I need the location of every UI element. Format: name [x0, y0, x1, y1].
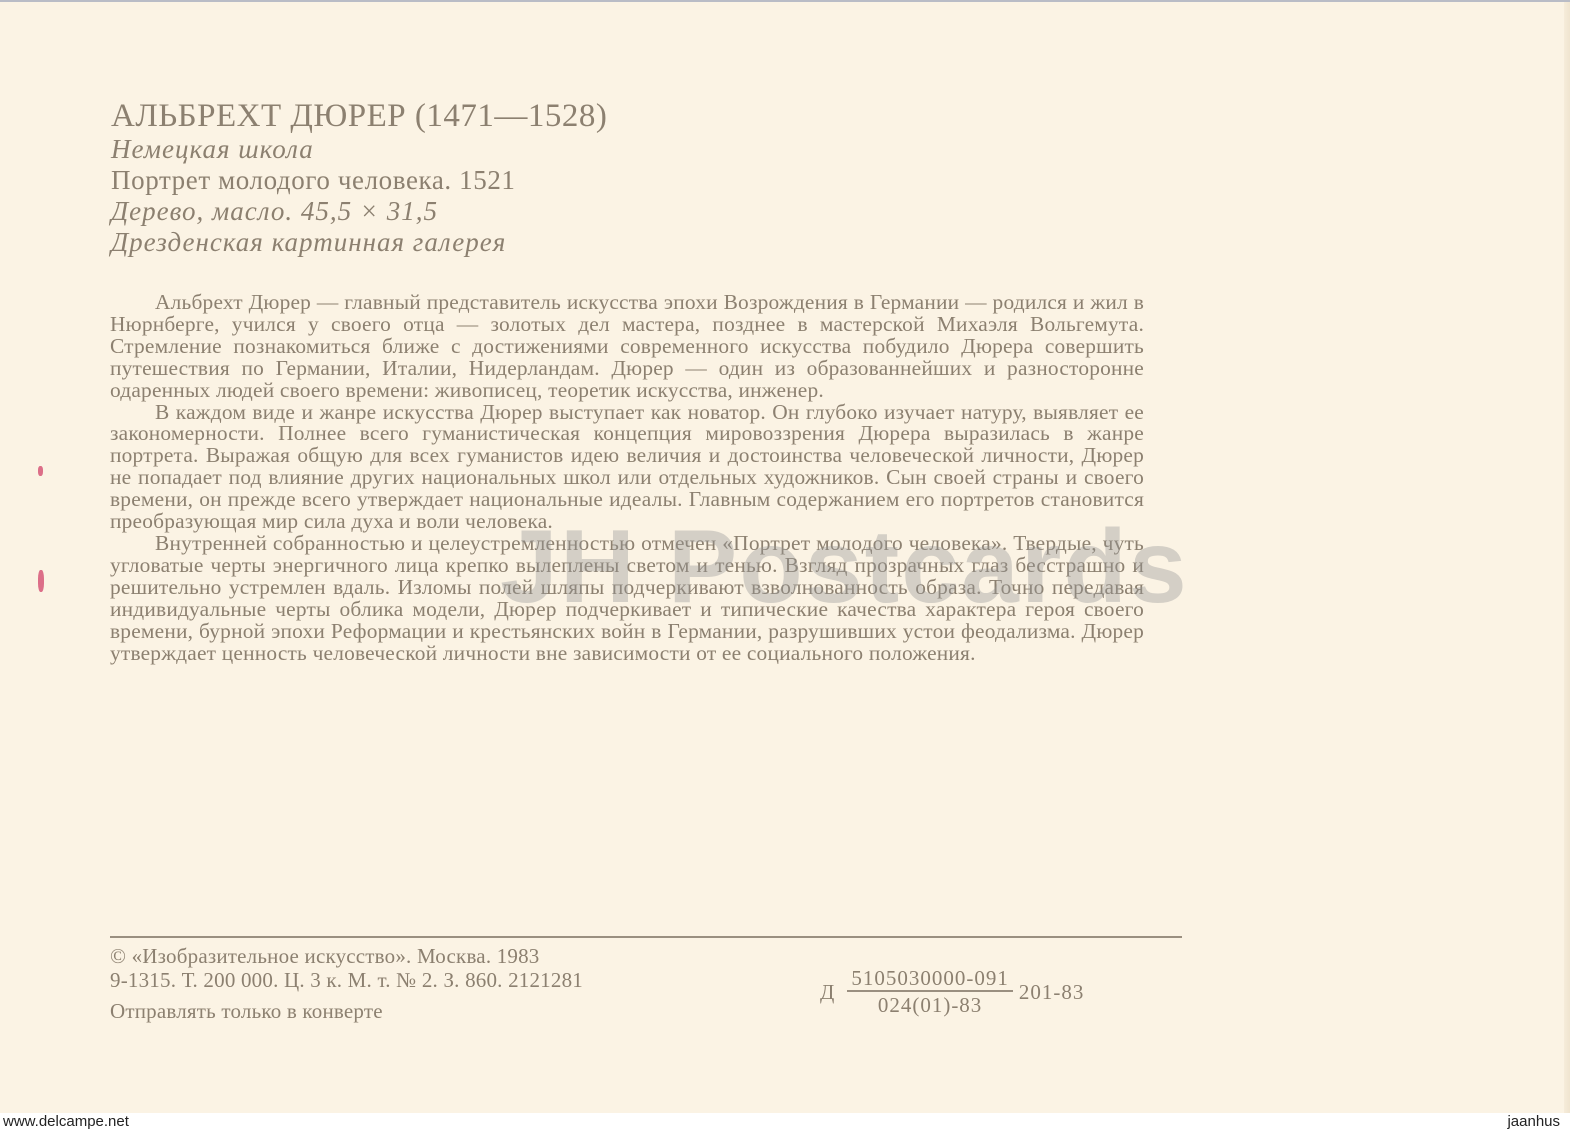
print-info: 9-1315. Т. 200 000. Ц. 3 к. М. т. № 2. З…	[110, 968, 583, 992]
source-site: www.delcampe.net	[3, 1113, 129, 1130]
artwork-title: Портрет молодого человека. 1521	[111, 165, 607, 196]
code-denominator: 024(01)-83	[878, 992, 982, 1018]
ink-stain	[38, 570, 44, 592]
artist-years: (1471—1528)	[415, 98, 607, 134]
postcard-back: АЛЬБРЕХТ ДЮРЕР (1471—1528) Немецкая школ…	[0, 0, 1570, 1113]
artwork-header: АЛЬБРЕХТ ДЮРЕР (1471—1528) Немецкая школ…	[111, 98, 607, 258]
card-edge	[1564, 2, 1570, 1113]
description: Альбрехт Дюрер — главный представитель и…	[110, 292, 1144, 664]
paragraph: В каждом виде и жанре искусства Дюрер вы…	[110, 402, 1144, 533]
code-prefix: Д	[820, 980, 835, 1005]
seller-name: jaanhus	[1507, 1113, 1560, 1130]
artist-line: АЛЬБРЕХТ ДЮРЕР (1471—1528)	[111, 98, 607, 134]
code-numerator: 5105030000-091	[847, 966, 1013, 992]
paragraph: Внутренней собранностью и целеустремленн…	[110, 533, 1144, 664]
museum: Дрезденская картинная галерея	[111, 227, 607, 258]
imprint: © «Изобразительное искусство». Москва. 1…	[110, 944, 583, 1023]
code-fraction: 5105030000-091 024(01)-83	[847, 966, 1013, 1018]
send-note: Отправлять только в конверте	[110, 999, 583, 1023]
divider	[110, 936, 1182, 938]
school: Немецкая школа	[111, 134, 607, 165]
artwork-medium: Дерево, масло. 45,5 × 31,5	[111, 196, 607, 227]
paragraph: Альбрехт Дюрер — главный представитель и…	[110, 292, 1144, 402]
code-suffix: 201-83	[1019, 980, 1085, 1005]
ink-stain	[38, 466, 43, 476]
catalog-code: Д 5105030000-091 024(01)-83 201-83	[820, 966, 1084, 1018]
artist-name: АЛЬБРЕХТ ДЮРЕР	[111, 98, 406, 134]
footer-bar: www.delcampe.net jaanhus	[0, 1113, 1574, 1132]
publisher: © «Изобразительное искусство». Москва. 1…	[110, 944, 583, 968]
